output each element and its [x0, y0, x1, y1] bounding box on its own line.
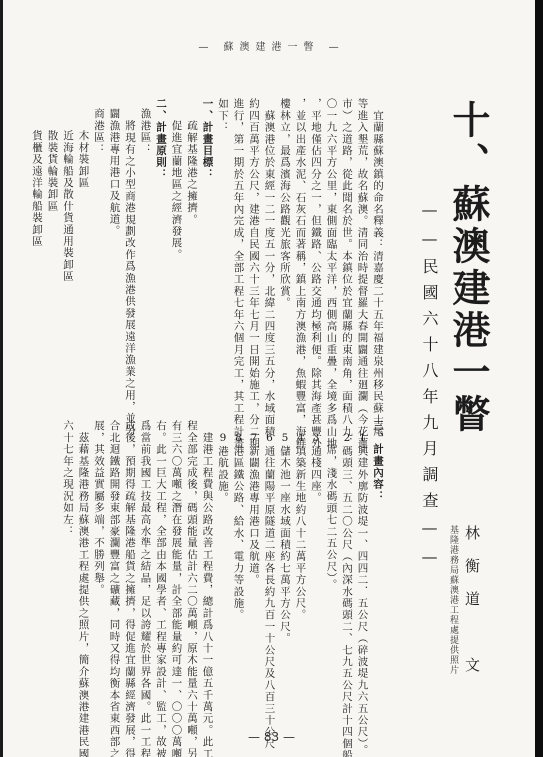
section3-item: 4填築新生地約八十二萬平方公尺。 [292, 420, 308, 680]
conclusion-line: 爲當前我國工技最高水準之結晶，足以誇耀於世界各國。此一工程完 [137, 420, 153, 680]
section3-item: 席，淺水碼頭七二五公尺）。 [323, 420, 339, 680]
scan-edge-right [535, 0, 543, 757]
section3-item: 8港區鐵公路、給水、電力等設施。 [230, 420, 246, 680]
section3-item: 7新闢漁港專用港口及航道。 [246, 420, 262, 680]
intro-line: 蘇澳港位於東經一二一度五一分，北緯二四度三五分，水域面積 [261, 98, 277, 428]
article-title: 十、蘇澳建港一瞥 [448, 100, 488, 436]
fishing-port-text: 闢漁港專用港口及航道。 [106, 98, 122, 428]
conclusion-line: 展，其效益實屬多端，不勝列舉。 [91, 420, 107, 680]
scan-edge-left [0, 0, 3, 757]
commercial-port-label: 商港區： [91, 98, 107, 428]
commercial-port-item: 近海輪船及散什貨通用裝卸區 [60, 98, 76, 428]
intro-line: 約四百萬平方公尺，建港自民國六十三年七月一日開始施工，分二期 [246, 98, 262, 428]
conclusion-line: 合北迴鐵路開發東部豪瀾豐富之礦藏，同時又得均衡本省東西部之發 [106, 420, 122, 680]
intro-line: 進行，第一期於五年內完成，全部工程七年六個月完工，其工程計畫 [230, 98, 246, 428]
intro-line: ，平地僅佔四分之一，但鐵路、公路交通均極利便。除其海產甚豐外 [308, 98, 324, 428]
conclusion-line: 茲藉基隆港務局蘇澳港工程處提供之照片，簡介蘇澳港建港民國 [75, 420, 91, 680]
commercial-port-item: 木材裝卸區 [75, 98, 91, 428]
intro-line: 市）之道路，從此聞名於世。本鎮位於宜蘭縣的東南角，面積八九． [339, 98, 355, 428]
intro-line: 樓林立，最爲濱海公路觀光旅客所欣賞。 [277, 98, 293, 428]
section2-heading: 二、計畫原則： [153, 98, 169, 428]
conclusion-line: 建港工程費與公路改善工程費，總計爲八十一億五千萬元。此工 [199, 420, 215, 680]
upper-text-block: 宜蘭縣蘇澳鎮的命名釋義：清嘉慶二十五年福建泉州移民蘇士尾 等進入墾荒，故名蘇澳。… [29, 98, 386, 428]
intro-line: 等進入墾荒，故名蘇澳。清同治時提督羅大春開闢通往廻瀾（今花蓮 [354, 98, 370, 428]
commercial-port-item: 貨櫃及遠洋輪船裝卸區 [29, 98, 45, 428]
conclusion-line: 六十七年之現況如左： [60, 420, 76, 680]
intro-line: 〇一九六平方公里，東側面臨太平洋，西側高山重疊，全境多爲山地 [323, 98, 339, 428]
section3-item: 6通往蘭陽平原隧道二座各長約九百一十公尺及八百三十公尺 [261, 420, 277, 680]
intro-line: ，並以出產水泥、石灰石而著稱，鎮上南方澳漁港，魚蝦豐富，海鮮 [292, 98, 308, 428]
section3-heading: 三、計畫內容： [370, 420, 386, 680]
intro-line: 宜蘭縣蘇澳鎮的命名釋義：清嘉慶二十五年福建泉州移民蘇士尾 [370, 98, 386, 428]
section3-item: 1興建外廓防波堤一、四四二．五公尺（碎波堤九六五公尺）。 [354, 420, 370, 680]
intro-line: 如下： [215, 98, 231, 428]
section1-item: 疏解基隆港之擁擠。 [184, 98, 200, 428]
page-number: — 83 — [0, 730, 543, 744]
conclusion-line: 有三六〇萬噸之潛在發展能量，計全部能量約可達一、〇〇〇萬噸左 [168, 420, 184, 680]
article-subtitle: ——民國六十八年九月調查—— [418, 200, 441, 576]
running-header: — 蘇澳建港一瞥 — [0, 38, 543, 53]
fishing-port-label: 漁港區： [137, 98, 153, 428]
photo-credit: 基隆港務局蘇澳港工程處提供照片 [447, 525, 460, 675]
commercial-port-item: 散裝貨輪裝卸區 [44, 98, 60, 428]
conclusion-line: 右。此一巨大工程，全部由本國學者、工程專家設計、監工，故被譽 [153, 420, 169, 680]
conclusion-line: 程全部完成後，碼頭能量估計六二〇萬噸，原木能量六十萬噸，另尚 [184, 420, 200, 680]
section3-item: 5儲木池一座水域面積約七萬平方公尺。 [277, 420, 293, 680]
section3-item: 3通棧四座。 [308, 420, 324, 680]
section3-item: 2碼頭三、五二〇公尺（內深水碼頭二、七九五公尺計十四個船 [339, 420, 355, 680]
section1-item: 促進宜蘭地區之經濟發展。 [168, 98, 184, 428]
author-byline: 林衡道 文 [462, 525, 483, 690]
lower-text-block: 三、計畫內容： 1興建外廓防波堤一、四四二．五公尺（碎波堤九六五公尺）。 2碼頭… [60, 420, 386, 680]
section3-item: 9港航設施。 [215, 420, 231, 680]
conclusion-line: 成後，預期得疏解基隆港船貨之擁擠，得促進宜蘭縣經濟發展，得配 [122, 420, 138, 680]
section1-heading: 一、計畫目標： [199, 98, 215, 428]
fishing-port-text: 將現有之小型商港規劃改作爲漁港供發展遠洋漁業之用，並另 [122, 98, 138, 428]
